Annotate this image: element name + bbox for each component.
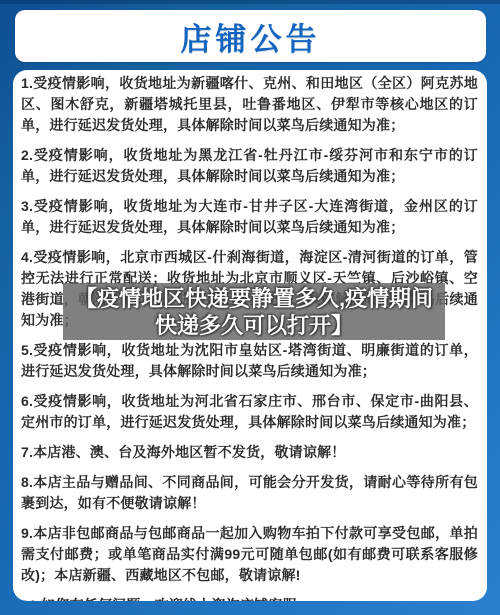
notice-item: 9.本店非包邮商品与包邮商品一起加入购物车拍下付款可享受包邮，单拍需支付邮费；或…: [21, 523, 478, 586]
watermark-overlay: 【疫情地区快递要静置多久,疫情期间 快递多久可以打开】: [63, 283, 445, 340]
watermark-line: 【疫情地区快递要静置多久,疫情期间: [75, 285, 433, 312]
watermark-line: 快递多久可以打开】: [155, 312, 353, 339]
notice-item: 10.如您有任何问题，欢迎线上咨询店铺客服。: [21, 595, 478, 601]
notice-item: 2.受疫情影响，收货地址为黑龙江省-牡丹江市-绥芬河市和东宁市的订单，进行延迟发…: [21, 145, 478, 187]
page-title: 店铺公告: [181, 14, 321, 59]
notice-item: 8.本店主品与赠品间、不同商品间，可能会分开发货，请耐心等待所有包裹到达，如有不…: [21, 472, 478, 514]
notice-item: 3.受疫情影响，收货地址为大连市-甘井子区-大连湾街道，金州区的订单，进行延迟发…: [21, 196, 478, 238]
header-title-box: 店铺公告: [15, 10, 486, 62]
notice-item: 5.受疫情影响，收货地址为沈阳市皇姑区-塔湾街道、明廉街道的订单，进行延迟发货处…: [21, 340, 478, 382]
notice-item: 1.受疫情影响，收货地址为新疆喀什、克州、和田地区（全区）阿克苏地区、图木舒克，…: [21, 73, 478, 136]
notice-item: 6.受疫情影响，收货地址为河北省石家庄市、邢台市、保定市-曲阳县、定州市的订单，…: [21, 391, 478, 433]
announcement-page: 店铺公告 1.受疫情影响，收货地址为新疆喀什、克州、和田地区（全区）阿克苏地区、…: [0, 0, 500, 615]
notice-item: 7.本店港、澳、台及海外地区暂不发货，敬请谅解！: [21, 442, 478, 463]
